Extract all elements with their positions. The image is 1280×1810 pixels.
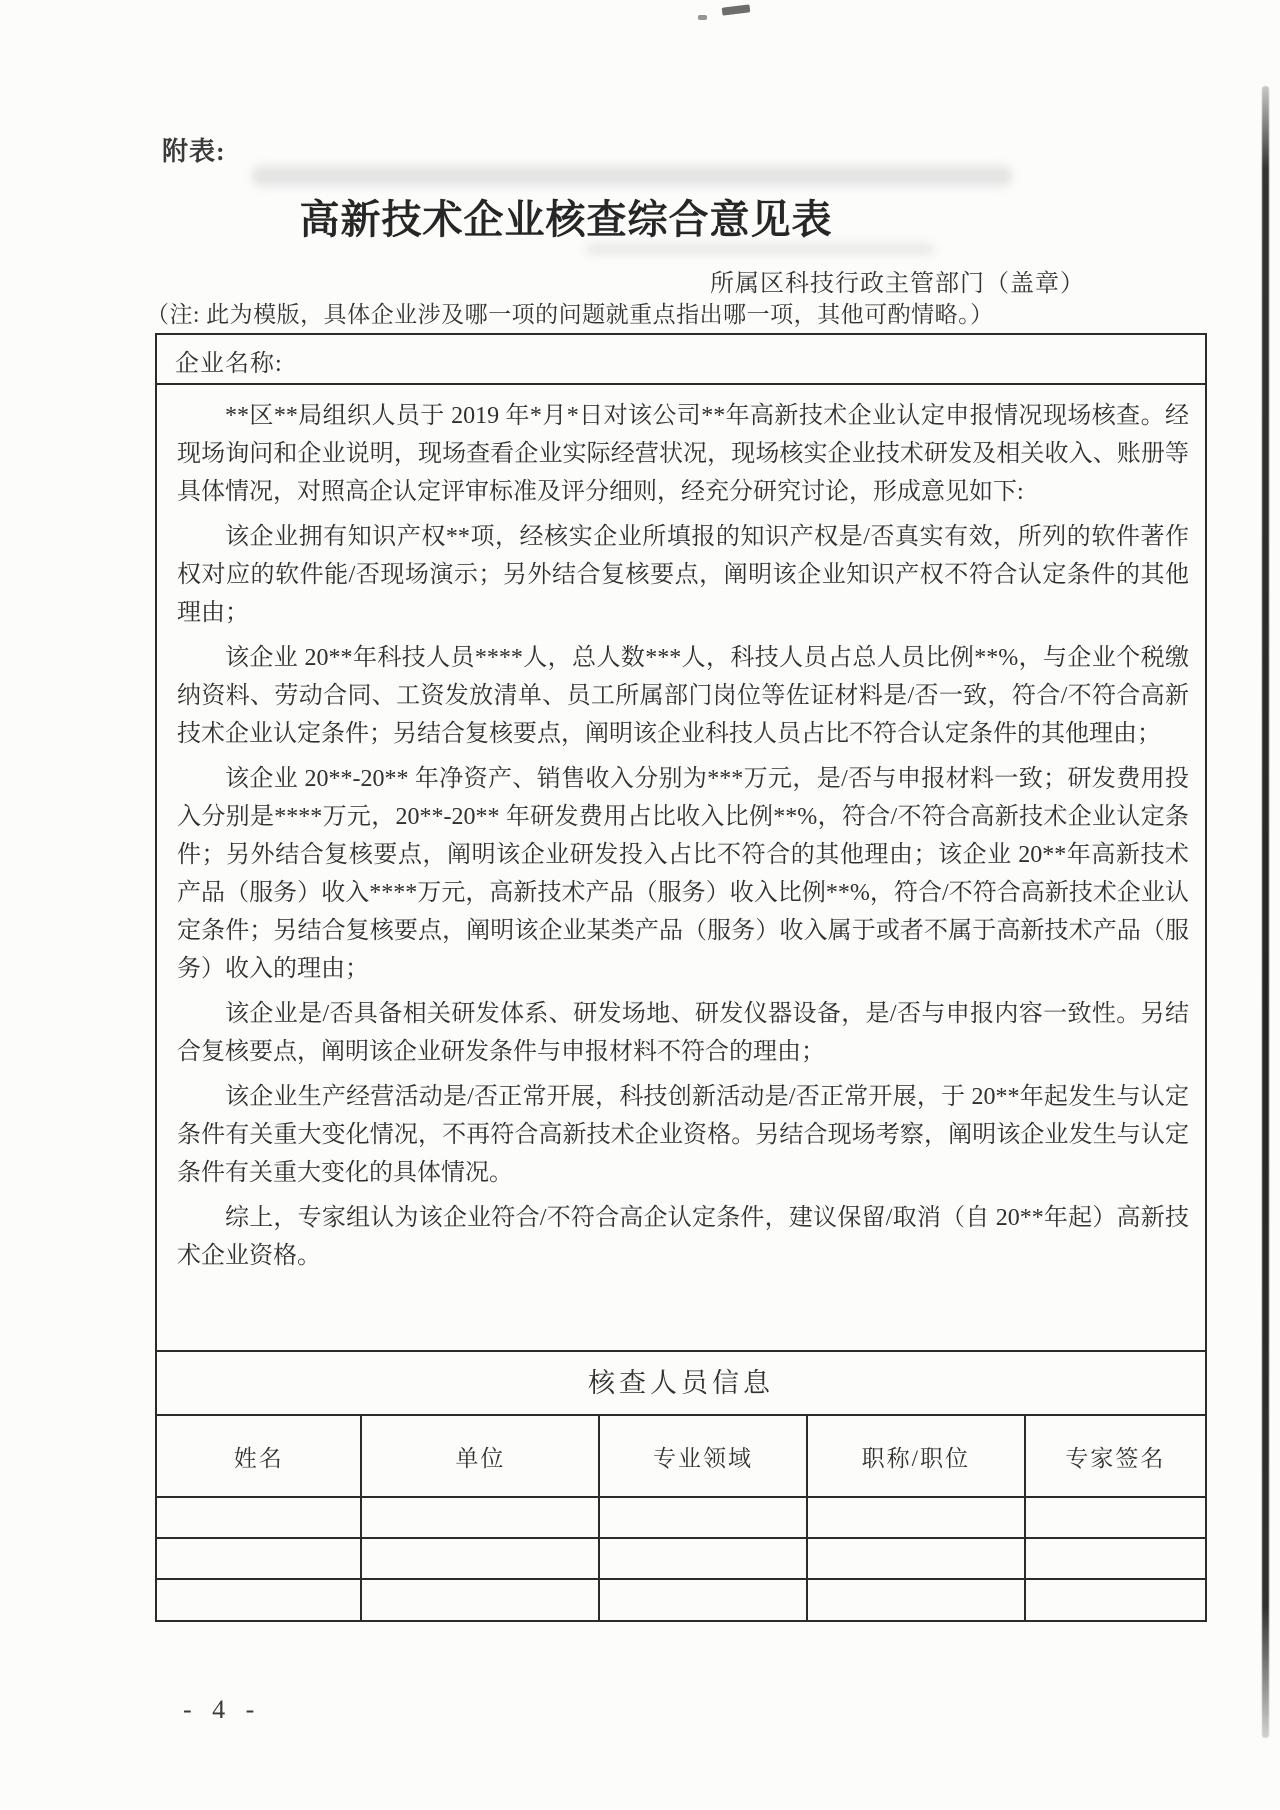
table-cell xyxy=(808,1498,1026,1537)
company-name-row: 企业名称: xyxy=(157,335,1205,385)
opinion-paragraph: 该企业是/否具备相关研发体系、研发场地、研发仪器设备，是/否与申报内容一致性。另… xyxy=(177,995,1189,1071)
department-stamp-line: 所属区科技行政主管部门（盖章） xyxy=(710,263,1085,298)
table-cell xyxy=(808,1580,1026,1620)
scan-smudge xyxy=(252,166,1012,186)
opinion-paragraph: 综上，专家组认为该企业符合/不符合高企认定条件，建议保留/取消（自 20**年起… xyxy=(177,1199,1189,1275)
attachment-label: 附表: xyxy=(162,131,226,168)
table-cell xyxy=(1026,1580,1205,1620)
scan-speck xyxy=(698,15,707,20)
opinion-paragraph: 该企业 20**年科技人员****人，总人数***人，科技人员占总人员比例**%… xyxy=(177,639,1189,753)
form-box: 企业名称: **区**局组织人员于 2019 年*月*日对该公司**年高新技术企… xyxy=(155,333,1207,1622)
page-number: - 4 - xyxy=(183,1695,261,1725)
document-page: 附表: 高新技术企业核查综合意见表 所属区科技行政主管部门（盖章） （注: 此为… xyxy=(0,0,1280,1810)
table-cell xyxy=(157,1539,362,1578)
table-cell xyxy=(362,1539,600,1578)
table-cell xyxy=(157,1498,362,1537)
scan-artifact-right-edge xyxy=(1262,86,1269,1738)
table-cell xyxy=(600,1539,808,1578)
table-row xyxy=(157,1539,1205,1580)
table-cell xyxy=(157,1580,362,1620)
table-row xyxy=(157,1498,1205,1539)
inspector-table-header: 姓名 单位 专业领域 职称/职位 专家签名 xyxy=(157,1416,1205,1498)
table-cell xyxy=(808,1539,1026,1578)
company-name-label: 企业名称: xyxy=(175,351,283,377)
column-header-field: 专业领域 xyxy=(600,1416,808,1496)
opinion-paragraph: 该企业拥有知识产权**项，经核实企业所填报的知识产权是/否真实有效，所列的软件著… xyxy=(177,518,1189,632)
table-cell xyxy=(362,1580,600,1620)
table-cell xyxy=(600,1498,808,1537)
column-header-unit: 单位 xyxy=(362,1416,600,1496)
opinion-paragraph: **区**局组织人员于 2019 年*月*日对该公司**年高新技术企业认定申报情… xyxy=(177,397,1189,511)
opinion-content: **区**局组织人员于 2019 年*月*日对该公司**年高新技术企业认定申报情… xyxy=(157,385,1205,1352)
column-header-signature: 专家签名 xyxy=(1026,1416,1205,1496)
scan-speck xyxy=(722,4,751,15)
opinion-paragraph: 该企业生产经营活动是/否正常开展，科技创新活动是/否正常开展，于 20**年起发… xyxy=(177,1078,1189,1192)
document-title: 高新技术企业核查综合意见表 xyxy=(0,188,1132,245)
table-cell xyxy=(1026,1539,1205,1578)
inspector-table-title: 核查人员信息 xyxy=(157,1352,1205,1416)
table-row xyxy=(157,1580,1205,1620)
template-note: （注: 此为模版，具体企业涉及哪一项的问题就重点指出哪一项，其他可酌情略。） xyxy=(146,296,994,329)
table-cell xyxy=(1026,1498,1205,1537)
table-cell xyxy=(362,1498,600,1537)
column-header-name: 姓名 xyxy=(157,1416,362,1496)
column-header-title-position: 职称/职位 xyxy=(808,1416,1026,1496)
opinion-paragraph: 该企业 20**-20** 年净资产、销售收入分别为***万元，是/否与申报材料… xyxy=(177,760,1189,988)
table-cell xyxy=(600,1580,808,1620)
